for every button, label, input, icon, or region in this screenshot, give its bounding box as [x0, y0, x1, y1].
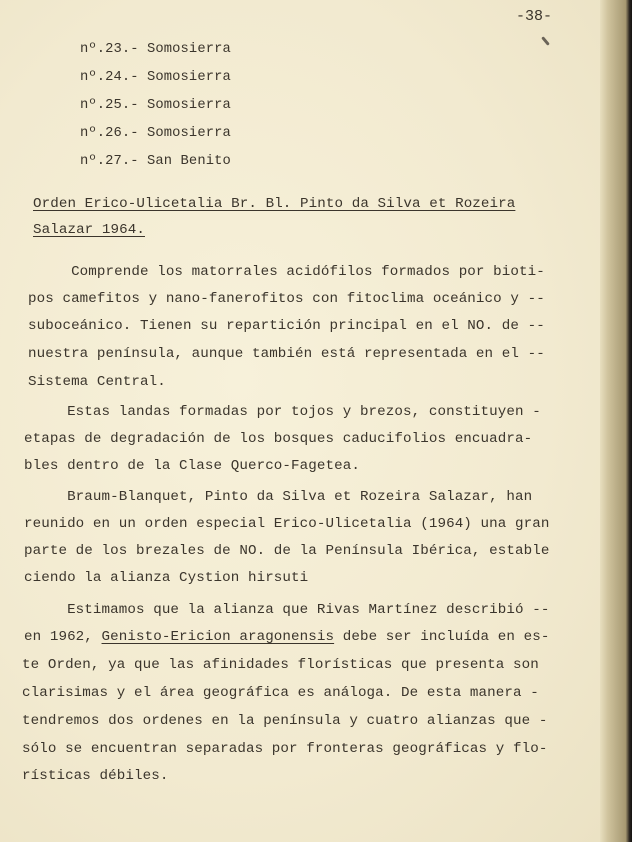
- text-line: Sistema Central.: [28, 374, 166, 390]
- underlined-taxon: Genisto-Ericion aragonensis: [102, 629, 335, 645]
- list-item: nº.24.- Somosierra: [80, 70, 231, 85]
- text-line: etapas de degradación de los bosques cad…: [24, 431, 532, 447]
- text-line: clarisimas y el área geográfica es análo…: [22, 685, 539, 701]
- text-line: Comprende los matorrales acidófilos form…: [28, 264, 545, 280]
- text-line: tendremos dos ordenes en la península y …: [22, 713, 547, 729]
- text-line: parte de los brezales de NO. de la Penín…: [24, 543, 549, 559]
- list-item: nº.26.- Somosierra: [80, 126, 231, 141]
- list-item: nº.25.- Somosierra: [80, 98, 231, 113]
- text-line: sólo se encuentran separadas por fronter…: [22, 741, 547, 757]
- page-binding-edge: [600, 0, 632, 842]
- pen-mark: [541, 36, 550, 46]
- text-segment: en 1962,: [24, 629, 102, 645]
- text-line: pos camefitos y nano-fanerofitos con fit…: [28, 291, 545, 307]
- text-line: reunido en un orden especial Erico-Ulice…: [24, 516, 549, 532]
- text-line: te Orden, ya que las afinidades florísti…: [22, 657, 539, 673]
- text-line: bles dentro de la Clase Querco-Fagetea.: [24, 458, 360, 474]
- heading-line-1: Orden Erico-Ulicetalia Br. Bl. Pinto da …: [33, 196, 515, 212]
- text-line: Estas landas formadas por tojos y brezos…: [24, 404, 541, 420]
- list-item: nº.23.- Somosierra: [80, 42, 231, 57]
- page-number: -38-: [516, 8, 552, 25]
- list-item: nº.27.- San Benito: [80, 154, 231, 169]
- text-line: rísticas débiles.: [22, 768, 168, 784]
- heading-line-2: Salazar 1964.: [33, 222, 145, 238]
- text-line: Estimamos que la alianza que Rivas Martí…: [24, 602, 549, 618]
- text-line: ciendo la alianza Cystion hirsuti: [24, 570, 308, 586]
- text-segment: debe ser incluída en es-: [334, 629, 549, 645]
- document-page: -38- nº.23.- Somosierra nº.24.- Somosier…: [0, 0, 600, 842]
- text-line: en 1962, Genisto-Ericion aragonensis deb…: [24, 629, 549, 645]
- text-line: Braum-Blanquet, Pinto da Silva et Rozeir…: [24, 489, 532, 505]
- text-line: nuestra península, aunque también está r…: [28, 346, 545, 362]
- text-line: suboceánico. Tienen su repartición princ…: [28, 318, 545, 334]
